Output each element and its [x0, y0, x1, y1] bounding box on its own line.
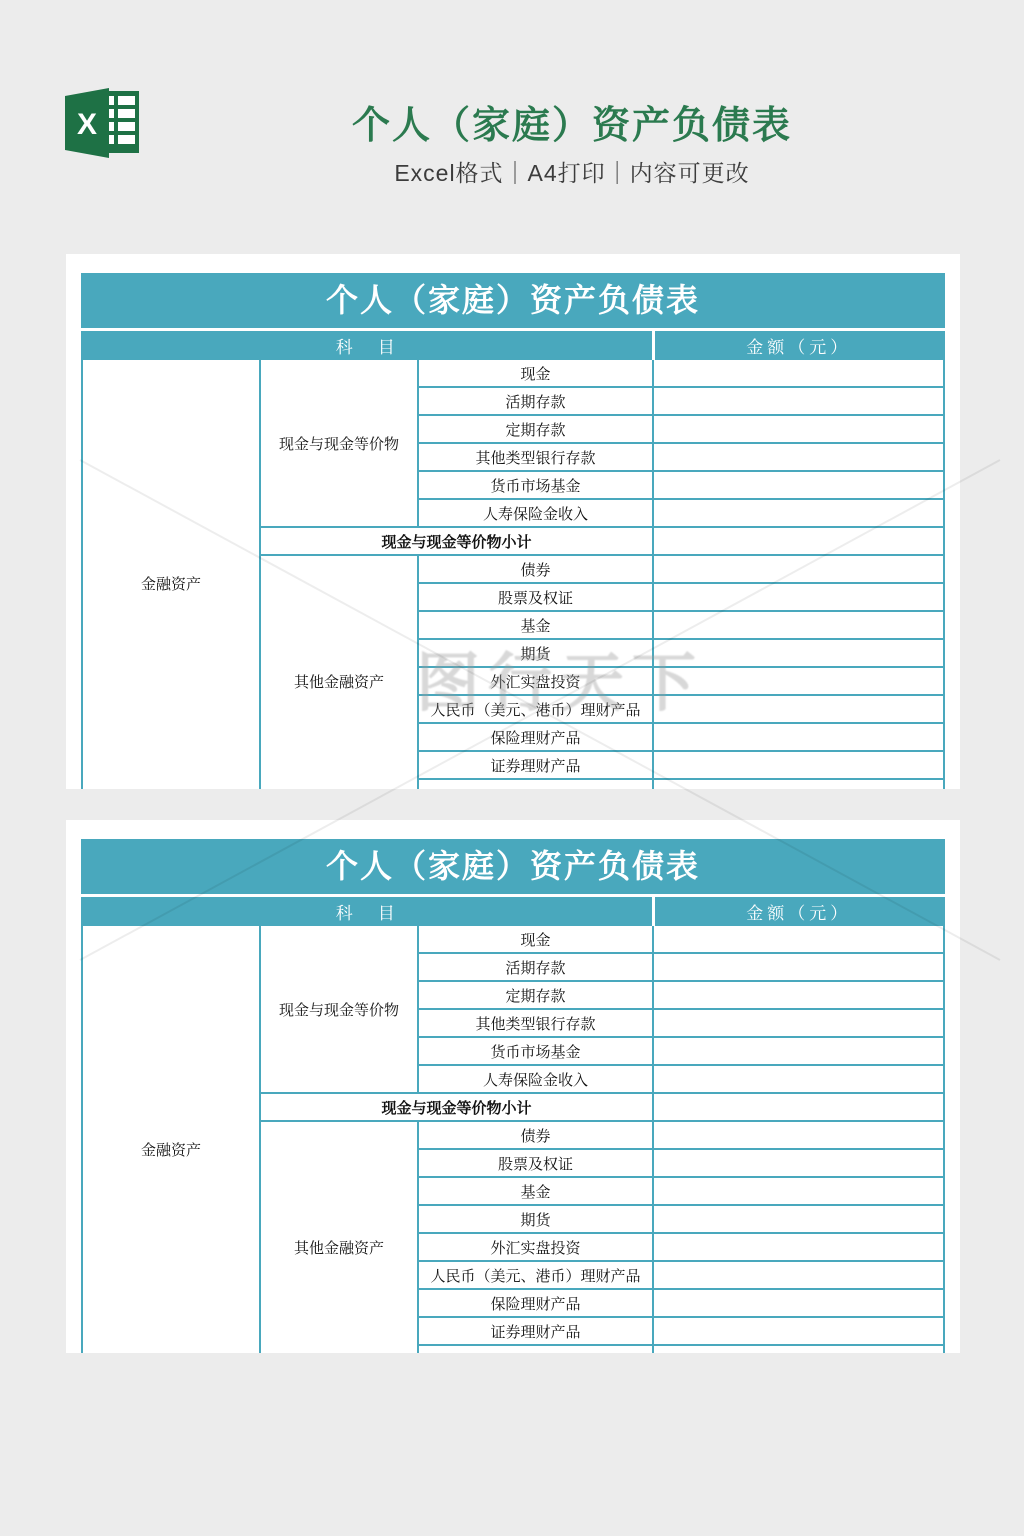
page-title: 个人（家庭）资产负债表 [0, 94, 1024, 149]
item-cell: 基金 [418, 1177, 653, 1205]
amount-cell [653, 639, 944, 667]
amount-cell [653, 1093, 944, 1121]
amount-cell [653, 723, 944, 751]
item-cell: 期货 [418, 1205, 653, 1233]
amount-cell [653, 359, 944, 387]
amount-cell [653, 1317, 944, 1345]
subject-header: 科 目 [82, 898, 653, 925]
item-cell: 现金 [418, 359, 653, 387]
group-cell-cash: 现金与现金等价物 [260, 925, 418, 1093]
amount-cell [653, 953, 944, 981]
item-cell: 股票及权证 [418, 1149, 653, 1177]
amount-cell [653, 1345, 944, 1353]
amount-cell [653, 751, 944, 779]
amount-cell [653, 1177, 944, 1205]
group-cell-cash: 现金与现金等价物 [260, 359, 418, 527]
item-cell: 证券理财产品 [418, 751, 653, 779]
item-cell: 货币市场基金 [418, 471, 653, 499]
item-cell: 人寿保险金收入 [418, 499, 653, 527]
amount-cell [653, 667, 944, 695]
item-cell: 其他类型银行存款 [418, 443, 653, 471]
item-cell: 股票及权证 [418, 583, 653, 611]
table-header-row: 科 目 金额（元） [82, 332, 944, 359]
balance-sheet-table: 科 目 金额（元） 金融资产 现金与现金等价物 现金 活期存款 定期存款 其他类… [81, 897, 945, 1353]
sheet-preview-card-2[interactable]: 个人（家庭）资产负债表 科 目 金额（元） 金融资产 现金与现金等价物 现金 活… [66, 820, 960, 1353]
cutoff-item-cell [418, 1345, 653, 1353]
amount-cell [653, 1233, 944, 1261]
subtotal-cell: 现金与现金等价物小计 [260, 1093, 653, 1121]
amount-header: 金额（元） [653, 332, 944, 359]
category-cell: 金融资产 [82, 925, 260, 1353]
item-cell: 人民币（美元、港币）理财产品 [418, 1261, 653, 1289]
item-cell: 定期存款 [418, 981, 653, 1009]
item-cell: 人民币（美元、港币）理财产品 [418, 695, 653, 723]
sheet-preview-card-1[interactable]: 个人（家庭）资产负债表 科 目 金额（元） 金融资产 现金与现金等价物 现金 活… [66, 254, 960, 789]
amount-cell [653, 443, 944, 471]
amount-cell [653, 611, 944, 639]
table-row: 金融资产 现金与现金等价物 现金 [82, 925, 944, 953]
item-cell: 现金 [418, 925, 653, 953]
table-row: 金融资产 现金与现金等价物 现金 [82, 359, 944, 387]
sheet-title: 个人（家庭）资产负债表 [81, 839, 945, 894]
amount-cell [653, 981, 944, 1009]
item-cell: 货币市场基金 [418, 1037, 653, 1065]
amount-cell [653, 1149, 944, 1177]
amount-cell [653, 779, 944, 789]
page-subtitle: Excel格式｜A4打印｜内容可更改 [0, 155, 1024, 188]
amount-cell [653, 415, 944, 443]
item-cell: 外汇实盘投资 [418, 1233, 653, 1261]
amount-cell [653, 925, 944, 953]
amount-cell [653, 695, 944, 723]
amount-cell [653, 583, 944, 611]
amount-cell [653, 1261, 944, 1289]
amount-cell [653, 387, 944, 415]
sheet-title: 个人（家庭）资产负债表 [81, 273, 945, 328]
amount-cell [653, 1121, 944, 1149]
subtotal-cell: 现金与现金等价物小计 [260, 527, 653, 555]
item-cell: 保险理财产品 [418, 723, 653, 751]
item-cell: 活期存款 [418, 387, 653, 415]
amount-cell [653, 1065, 944, 1093]
amount-cell [653, 1009, 944, 1037]
item-cell: 证券理财产品 [418, 1317, 653, 1345]
item-cell: 债券 [418, 555, 653, 583]
item-cell: 活期存款 [418, 953, 653, 981]
item-cell: 外汇实盘投资 [418, 667, 653, 695]
amount-cell [653, 1289, 944, 1317]
item-cell: 人寿保险金收入 [418, 1065, 653, 1093]
item-cell: 期货 [418, 639, 653, 667]
item-cell: 基金 [418, 611, 653, 639]
amount-cell [653, 471, 944, 499]
cutoff-item-cell [418, 779, 653, 789]
amount-cell [653, 1205, 944, 1233]
subject-header: 科 目 [82, 332, 653, 359]
item-cell: 保险理财产品 [418, 1289, 653, 1317]
item-cell: 债券 [418, 1121, 653, 1149]
balance-sheet-table: 科 目 金额（元） 金融资产 现金与现金等价物 现金 活期存款 定期存款 其他类… [81, 331, 945, 789]
amount-cell [653, 1037, 944, 1065]
table-header-row: 科 目 金额（元） [82, 898, 944, 925]
category-cell: 金融资产 [82, 359, 260, 789]
page-header: X 个人（家庭）资产负债表 Excel格式｜A4打印｜内容可更改 [0, 0, 1024, 254]
amount-header: 金额（元） [653, 898, 944, 925]
amount-cell [653, 527, 944, 555]
item-cell: 定期存款 [418, 415, 653, 443]
group-cell-other: 其他金融资产 [260, 555, 418, 789]
group-cell-other: 其他金融资产 [260, 1121, 418, 1353]
item-cell: 其他类型银行存款 [418, 1009, 653, 1037]
amount-cell [653, 499, 944, 527]
amount-cell [653, 555, 944, 583]
